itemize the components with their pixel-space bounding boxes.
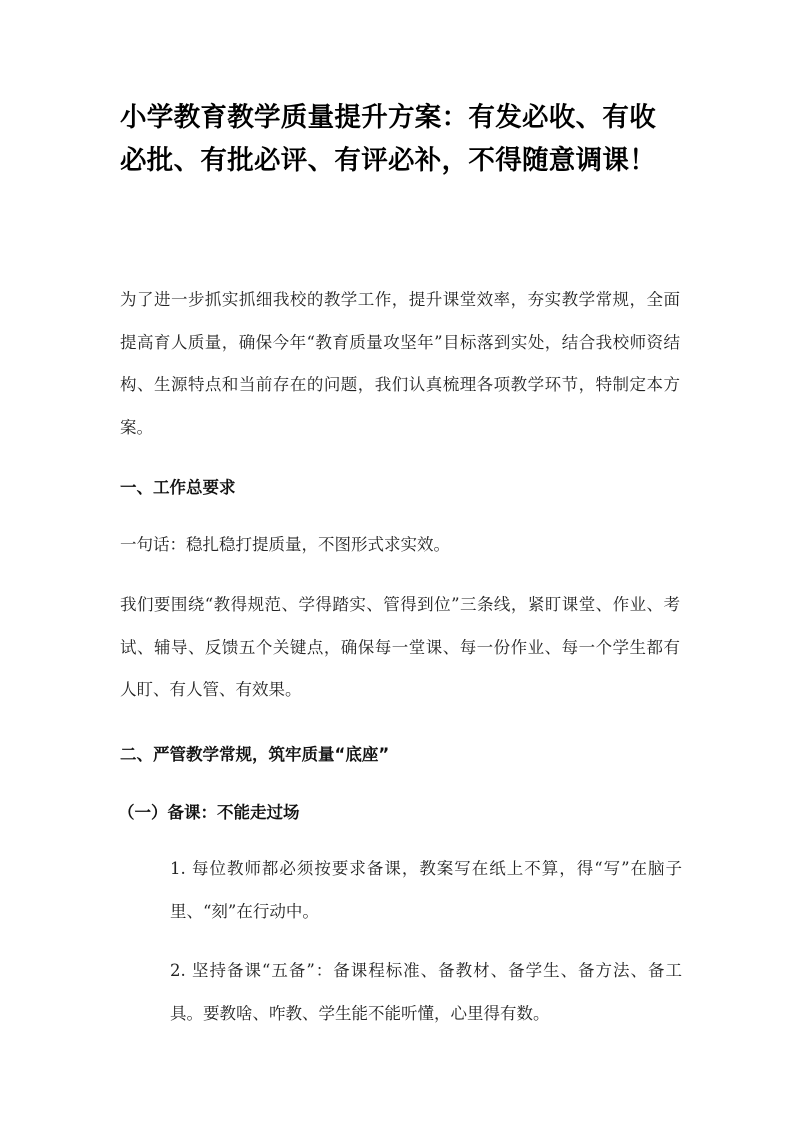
section-heading-2: 二、严管教学常规，筑牢质量“底座”: [120, 741, 389, 765]
list-item-1: 1. 每位教师都必须按要求备课，教案写在纸上不算，得“写”在脑子里、“刻”在行动…: [170, 847, 682, 933]
document-page: 小学教育教学质量提升方案：有发必收、有收必批、有批必评、有评必补，不得随意调课！…: [0, 0, 793, 1122]
section-1-paragraph-1: 一句话：稳扎稳打提质量，不图形式求实效。: [120, 524, 680, 567]
document-title: 小学教育教学质量提升方案：有发必收、有收必批、有批必评、有评必补，不得随意调课！: [120, 96, 680, 182]
section-1-paragraph-2: 我们要围绕“教得规范、学得踏实、管得到位”三条线，紧盯课堂、作业、考试、辅导、反…: [120, 584, 680, 712]
subsection-heading-1: （一）备课：不能走过场: [118, 799, 300, 823]
intro-paragraph: 为了进一步抓实抓细我校的教学工作，提升课堂效率，夯实教学常规，全面提高育人质量，…: [120, 279, 680, 450]
list-item-2: 2. 坚持备课“五备”：备课程标准、备教材、备学生、备方法、备工具。要教啥、咋教…: [170, 949, 682, 1035]
section-heading-1: 一、工作总要求: [120, 474, 236, 498]
